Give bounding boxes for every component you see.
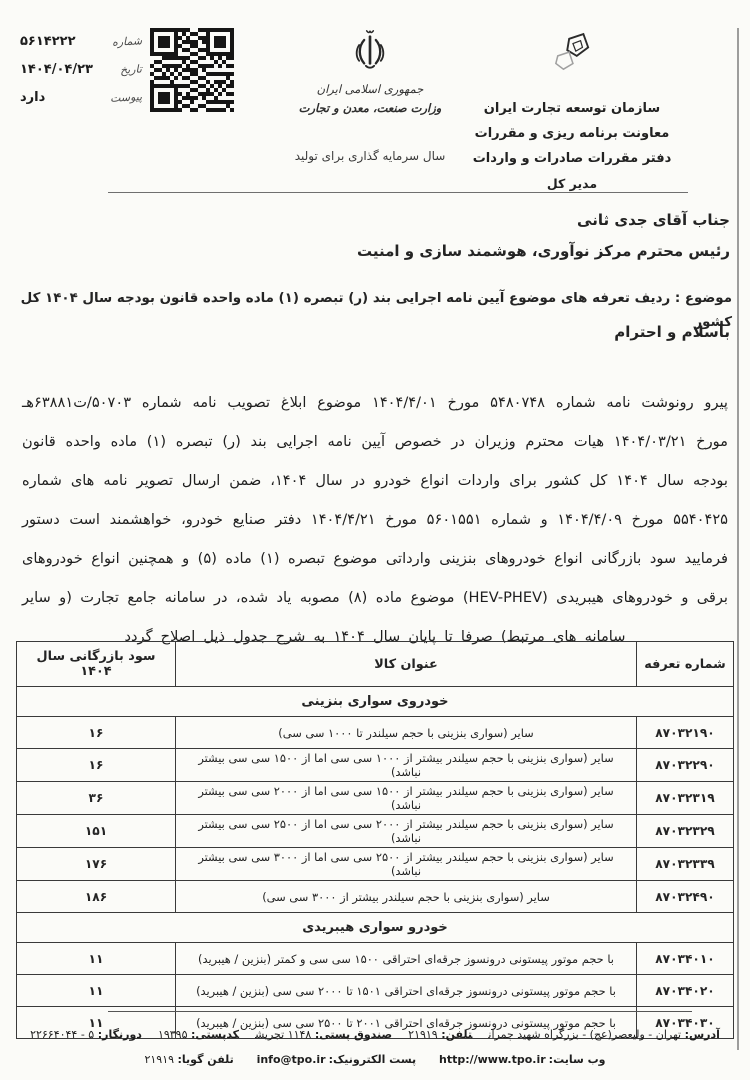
footer-line1: آدرس: تهران - ولیعصر(عج) - بزرگراه شهید … [6, 1022, 744, 1047]
ministry-name: وزارت صنعت، معدن و تجارت [272, 101, 468, 115]
footer-item: آدرس: تهران - ولیعصر(عج) - بزرگراه شهید … [488, 1028, 720, 1041]
col-header-profit: سود بازرگانی سال ۱۴۰۴ [17, 642, 176, 687]
table-header-row: شماره تعرفه عنوان کالا سود بازرگانی سال … [17, 642, 734, 687]
tpo-logo-icon: Trade Promotion Organization of Iran [472, 16, 672, 96]
organization-block: Trade Promotion Organization of Iran ساز… [472, 16, 672, 196]
tariff-cell: ۸۷۰۳۴۰۱۰ [637, 943, 734, 975]
tariff-cell: ۸۷۰۳۲۳۲۹ [637, 815, 734, 848]
profit-cell: ۳۶ [17, 782, 176, 815]
org-name: سازمان توسعه تجارت ایران [472, 96, 672, 121]
table-row: ۸۷۰۳۲۱۹۰سایر (سواری بنزینی با حجم سیلندر… [17, 717, 734, 749]
tariff-cell: ۸۷۰۳۴۰۲۰ [637, 975, 734, 1007]
title-cell: سایر (سواری بنزینی با حجم سیلندر بیشتر ا… [176, 782, 637, 815]
tariff-table-body: خودروی سواری بنزینی۸۷۰۳۲۱۹۰سایر (سواری ب… [17, 687, 734, 1039]
title-cell: سایر (سواری بنزینی با حجم سیلندر تا ۱۰۰۰… [176, 717, 637, 749]
letter-date-value: ۱۴۰۴/۰۴/۲۳ [20, 62, 93, 77]
table-row: ۸۷۰۳۲۴۹۰سایر (سواری بنزینی با حجم سیلندر… [17, 881, 734, 913]
table-row: ۸۷۰۳۲۲۹۰سایر (سواری بنزینی با حجم سیلندر… [17, 749, 734, 782]
country-name: جمهوری اسلامی ایران [272, 82, 468, 96]
col-header-tariff: شماره تعرفه [637, 642, 734, 687]
title-cell: با حجم موتور پیستونی درونسوز جرقه‌ای احت… [176, 943, 637, 975]
footer-item: تلفن گویا: ۲۱۹۱۹ [144, 1053, 233, 1066]
letter-page: شماره ۵۶۱۴۲۲۲ تاریخ ۱۴۰۴/۰۴/۲۳ پیوست دار… [0, 0, 750, 1080]
letter-number-label: شماره [112, 34, 143, 49]
year-slogan: سال سرمایه گذاری برای تولید [258, 149, 482, 163]
title-cell: سایر (سواری بنزینی با حجم سیلندر بیشتر ا… [176, 815, 637, 848]
title-cell: سایر (سواری بنزینی با حجم سیلندر بیشتر ا… [176, 848, 637, 881]
footer-item: پست الکترونیک: info@tpo.ir [250, 1053, 416, 1066]
title-cell: سایر (سواری بنزینی با حجم سیلندر بیشتر ا… [176, 881, 637, 913]
letter-number-row: شماره ۵۶۱۴۲۲۲ [20, 34, 142, 49]
profit-cell: ۱۱ [17, 943, 176, 975]
profit-cell: ۱۷۶ [17, 848, 176, 881]
tariff-table: شماره تعرفه عنوان کالا سود بازرگانی سال … [16, 641, 734, 1039]
footer-item: دورنگار: ۵ - ۲۲۶۶۴۰۴۴ [30, 1028, 142, 1041]
qr-code [150, 28, 234, 112]
table-row: ۸۷۰۳۴۰۲۰با حجم موتور پیستونی درونسوز جرق… [17, 975, 734, 1007]
iran-emblem-icon [272, 24, 468, 80]
org-deputy: معاونت برنامه ریزی و مقررات [472, 121, 672, 146]
tariff-cell: ۸۷۰۳۲۴۹۰ [637, 881, 734, 913]
profit-cell: ۱۱ [17, 975, 176, 1007]
title-cell: با حجم موتور پیستونی درونسوز جرقه‌ای احت… [176, 975, 637, 1007]
section-title: خودرو سواری هیبریدی [17, 913, 734, 943]
recipient-block: جناب آقای جدی ثانی رئیس محترم مرکز نوآور… [20, 205, 730, 267]
footer-item: تلفن: ۲۱۹۱۹ [408, 1028, 472, 1041]
header-divider [108, 192, 688, 193]
tariff-cell: ۸۷۰۳۲۱۹۰ [637, 717, 734, 749]
footer-line2: وب سایت: http://www.tpo.irپست الکترونیک:… [6, 1047, 744, 1072]
table-row: ۸۷۰۳۲۳۱۹سایر (سواری بنزینی با حجم سیلندر… [17, 782, 734, 815]
salutation: باسلام و احترام [614, 323, 730, 341]
letter-number-value: ۵۶۱۴۲۲۲ [20, 34, 76, 49]
svg-text:Trade Promotion Organization o: Trade Promotion Organization of Iran [534, 16, 537, 18]
profit-cell: ۱۵۱ [17, 815, 176, 848]
recipient-name: جناب آقای جدی ثانی [20, 205, 730, 235]
title-cell: سایر (سواری بنزینی با حجم سیلندر بیشتر ا… [176, 749, 637, 782]
org-office: دفتر مقررات صادرات و واردات [472, 146, 672, 171]
footer-item: صندوق پستی: ۱۱۴۸ تجریش [255, 1028, 392, 1041]
table-row: ۸۷۰۳۲۳۲۹سایر (سواری بنزینی با حجم سیلندر… [17, 815, 734, 848]
tariff-cell: ۸۷۰۳۲۳۳۹ [637, 848, 734, 881]
ministry-block: جمهوری اسلامی ایران وزارت صنعت، معدن و ت… [272, 24, 468, 115]
letter-date-label: تاریخ [120, 62, 143, 76]
tpo-logo-ring-text: Trade Promotion Organization of Iran [534, 16, 537, 18]
qr-code-grid [150, 28, 234, 112]
footer-divider [108, 1011, 692, 1012]
letterhead-meta: شماره ۵۶۱۴۲۲۲ تاریخ ۱۴۰۴/۰۴/۲۳ پیوست دار… [20, 34, 142, 118]
tariff-cell: ۸۷۰۳۲۳۱۹ [637, 782, 734, 815]
col-header-title: عنوان کالا [176, 642, 637, 687]
footer-item: کدپستی: ۱۹۳۹۵ [158, 1028, 239, 1041]
tariff-cell: ۸۷۰۳۲۲۹۰ [637, 749, 734, 782]
profit-cell: ۱۶ [17, 749, 176, 782]
letter-body: پیرو رونوشت نامه شماره ۵۴۸۰۷۴۸ مورخ ۱۴۰۴… [22, 383, 728, 656]
footer: آدرس: تهران - ولیعصر(عج) - بزرگراه شهید … [6, 1022, 744, 1072]
profit-cell: ۱۸۶ [17, 881, 176, 913]
recipient-title: رئیس محترم مرکز نوآوری، هوشمند سازی و ام… [20, 235, 730, 267]
letter-attachment-label: پیوست [110, 90, 143, 105]
letter-attachment-row: پیوست دارد [20, 90, 142, 105]
table-row: ۸۷۰۳۲۳۳۹سایر (سواری بنزینی با حجم سیلندر… [17, 848, 734, 881]
letter-attachment-value: دارد [20, 90, 45, 105]
table-section-row: خودرو سواری هیبریدی [17, 913, 734, 943]
scan-edge-line [737, 28, 739, 1050]
footer-item: وب سایت: http://www.tpo.ir [432, 1053, 605, 1066]
section-title: خودروی سواری بنزینی [17, 687, 734, 717]
table-section-row: خودروی سواری بنزینی [17, 687, 734, 717]
table-row: ۸۷۰۳۴۰۱۰با حجم موتور پیستونی درونسوز جرق… [17, 943, 734, 975]
profit-cell: ۱۶ [17, 717, 176, 749]
letter-date-row: تاریخ ۱۴۰۴/۰۴/۲۳ [20, 62, 142, 77]
